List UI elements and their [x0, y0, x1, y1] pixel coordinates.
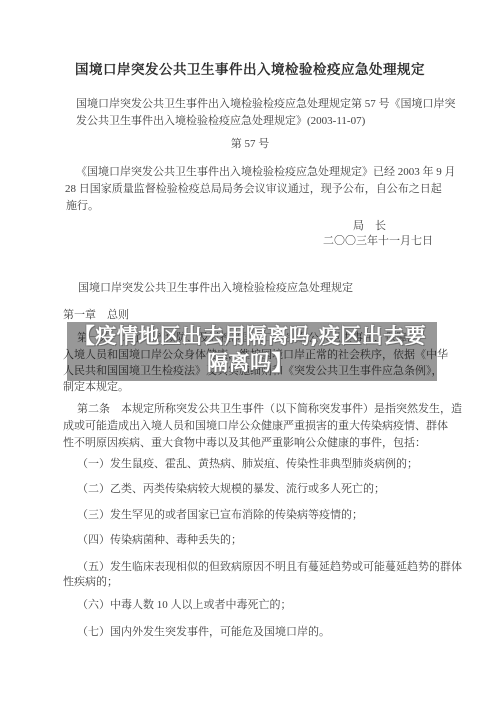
document-title: 国境口岸突发公共卫生事件出入境检验检疫应急处理规定	[0, 61, 500, 78]
list-item: （五）发生临床表现相似的但致病原因不明且有蔓延趋势或可能蔓延趋势的群体	[77, 559, 462, 576]
watermark-line: 【疫情地区出去用隔离吗,疫区出去要	[55, 323, 445, 350]
list-item: （四）传染病菌种、毒种丢失的；	[77, 532, 242, 549]
list-item: （三）发生罕见的或者国家已宣布消除的传染病等疫情的；	[77, 507, 363, 524]
body-title: 国境口岸突发公共卫生事件出入境检验检疫应急处理规定	[78, 280, 353, 297]
list-item: （六）中毒人数 10 人以上或者中毒死亡的；	[77, 597, 292, 614]
list-item: （二）乙类、丙类传染病较大规模的暴发、流行或多人死亡的；	[77, 481, 385, 498]
announcement-line: 《国境口岸突发公共卫生事件出入境检验检疫应急处理规定》已经 2003 年 9 月	[76, 164, 456, 181]
list-item: 性疾病的；	[63, 574, 118, 591]
reference-line: 国境口岸突发公共卫生事件出入境检验检疫应急处理规定第 57 号《国境口岸突	[76, 96, 456, 113]
watermark-line: 隔离吗】	[55, 350, 445, 377]
sign-date: 二〇〇三年十一月七日	[323, 233, 433, 250]
announcement-line: 施行。	[66, 198, 99, 215]
article2-line: 性不明原因疾病、重大食物中毒以及其他严重影响公众健康的事件，包括：	[63, 435, 426, 452]
document-page: 国境口岸突发公共卫生事件出入境检验检疫应急处理规定 国境口岸突发公共卫生事件出入…	[0, 0, 500, 706]
watermark-overlay-text: 【疫情地区出去用隔离吗,疫区出去要 隔离吗】	[55, 323, 445, 377]
announcement-line: 28 日国家质量监督检验检疫总局局务会议审议通过，现予公布，自公布之日起	[65, 181, 442, 198]
decree-number: 第 57 号	[0, 136, 500, 153]
list-item: （七）国内外发生突发事件，可能危及国境口岸的。	[77, 624, 330, 641]
list-item: （一）发生鼠疫、霍乱、黄热病、肺炭疽、传染性非典型肺炎病例的；	[77, 456, 418, 473]
reference-line: 发公共卫生事件出入境检验检疫应急处理规定》(2003-11-07)	[76, 113, 365, 130]
article1-line: 制定本规定。	[63, 379, 129, 396]
article2-line: 第二条 本规定所称突发公共卫生事件（以下简称突发事件）是指突然发生，造	[77, 401, 462, 418]
article2-line: 成或可能造成出入境人员和国境口岸公众健康严重损害的重大传染病疫情、群体	[63, 418, 448, 435]
